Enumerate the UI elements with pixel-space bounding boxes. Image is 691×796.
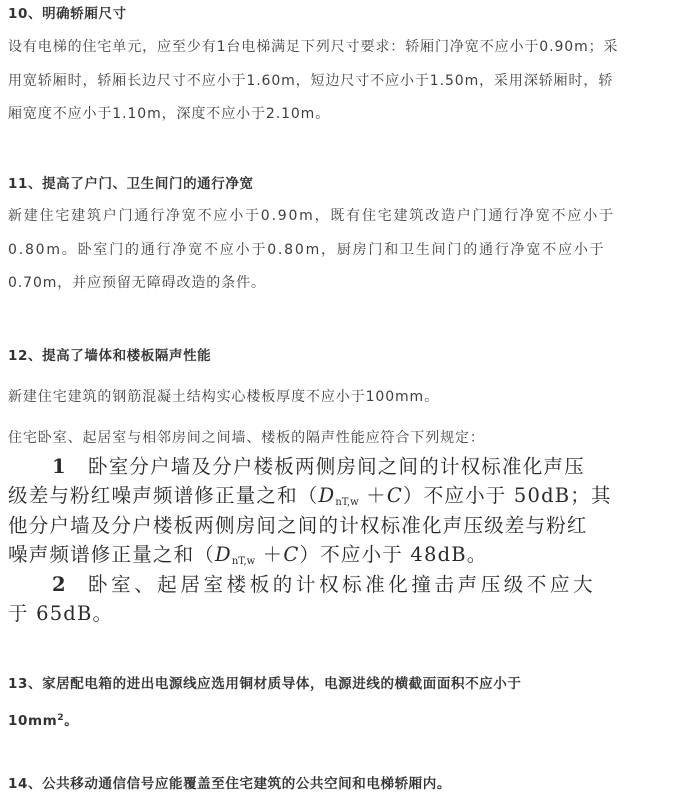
section-12-paragraph-2: 住宅卧室、起居室与相邻房间之间墙、楼板的隔声性能应符合下列规定： [8,422,687,456]
section-10-line-2: 用宽轿厢时，轿厢长边尺寸不应小于1.60m，短边尺寸不应小于1.50m，采用深轿… [8,65,687,99]
section-11-line-2: 0.80m。卧室门的通行净宽不应小于0.80m，厨房门和卫生间门的通行净宽不应小… [8,234,687,268]
section-14-heading: 14、公共移动通信信号应能覆盖至住宅建筑的公共空间和电梯轿厢内。 [8,774,687,794]
section-10-heading: 10、明确轿厢尺寸 [8,4,687,24]
section-11-line-1: 新建住宅建筑户门通行净宽不应小于0.90m，既有住宅建筑改造户门通行净宽不应小于 [8,200,687,234]
section-13-heading-line-1: 13、家居配电箱的进出电源线应选用铜材质导体，电源进线的横截面面积不应小于 [8,674,687,694]
quoted-standard-image: 1卧室分户墙及分户楼板两侧房间之间的计权标准化声压 级差与粉红噪声频谱修正量之和… [8,452,568,634]
section-11-line-3: 0.70m，并应预留无障碍改造的条件。 [8,267,687,301]
formula-symbol: D [319,484,336,507]
standard-item-2-line-1: 2卧室、起居室楼板的计权标准化撞击声压级不应大 [8,570,568,599]
section-10-line-1: 设有电梯的住宅单元，应至少有1台电梯满足下列尺寸要求：轿厢门净宽不应小于0.90… [8,31,687,65]
section-11-heading: 11、提高了户门、卫生间门的通行净宽 [8,174,687,194]
standard-item-2-line-2: 于 65dB。 [8,599,568,628]
standard-item-1-line-3: 他分户墙及分户楼板两侧房间之间的计权标准化声压级差与粉红 [8,511,568,540]
section-10-body: 设有电梯的住宅单元，应至少有1台电梯满足下列尺寸要求：轿厢门净宽不应小于0.90… [8,31,687,132]
standard-item-1-line-1: 1卧室分户墙及分户楼板两侧房间之间的计权标准化声压 [8,452,568,481]
standard-item-1-line-2: 级差与粉红噪声频谱修正量之和（DnT,w ＋C）不应小于 50dB；其 [8,481,568,510]
standard-item-number: 1 [8,452,88,481]
formula-subscript: nT,w [335,497,358,508]
standard-item-number: 2 [8,570,88,599]
standard-item-1-line-4: 噪声频谱修正量之和（DnT,w ＋C）不应小于 48dB。 [8,540,568,569]
section-11-body: 新建住宅建筑户门通行净宽不应小于0.90m，既有住宅建筑改造户门通行净宽不应小于… [8,200,687,301]
section-12-heading: 12、提高了墙体和楼板隔声性能 [8,346,687,366]
section-10-line-3: 厢宽度不应小于1.10m，深度不应小于2.10m。 [8,98,687,132]
section-13-heading-line-2: 10mm2。 [8,708,687,731]
section-12-paragraph-1: 新建住宅建筑的钢筋混凝土结构实心楼板厚度不应小于100mm。 [8,381,687,415]
